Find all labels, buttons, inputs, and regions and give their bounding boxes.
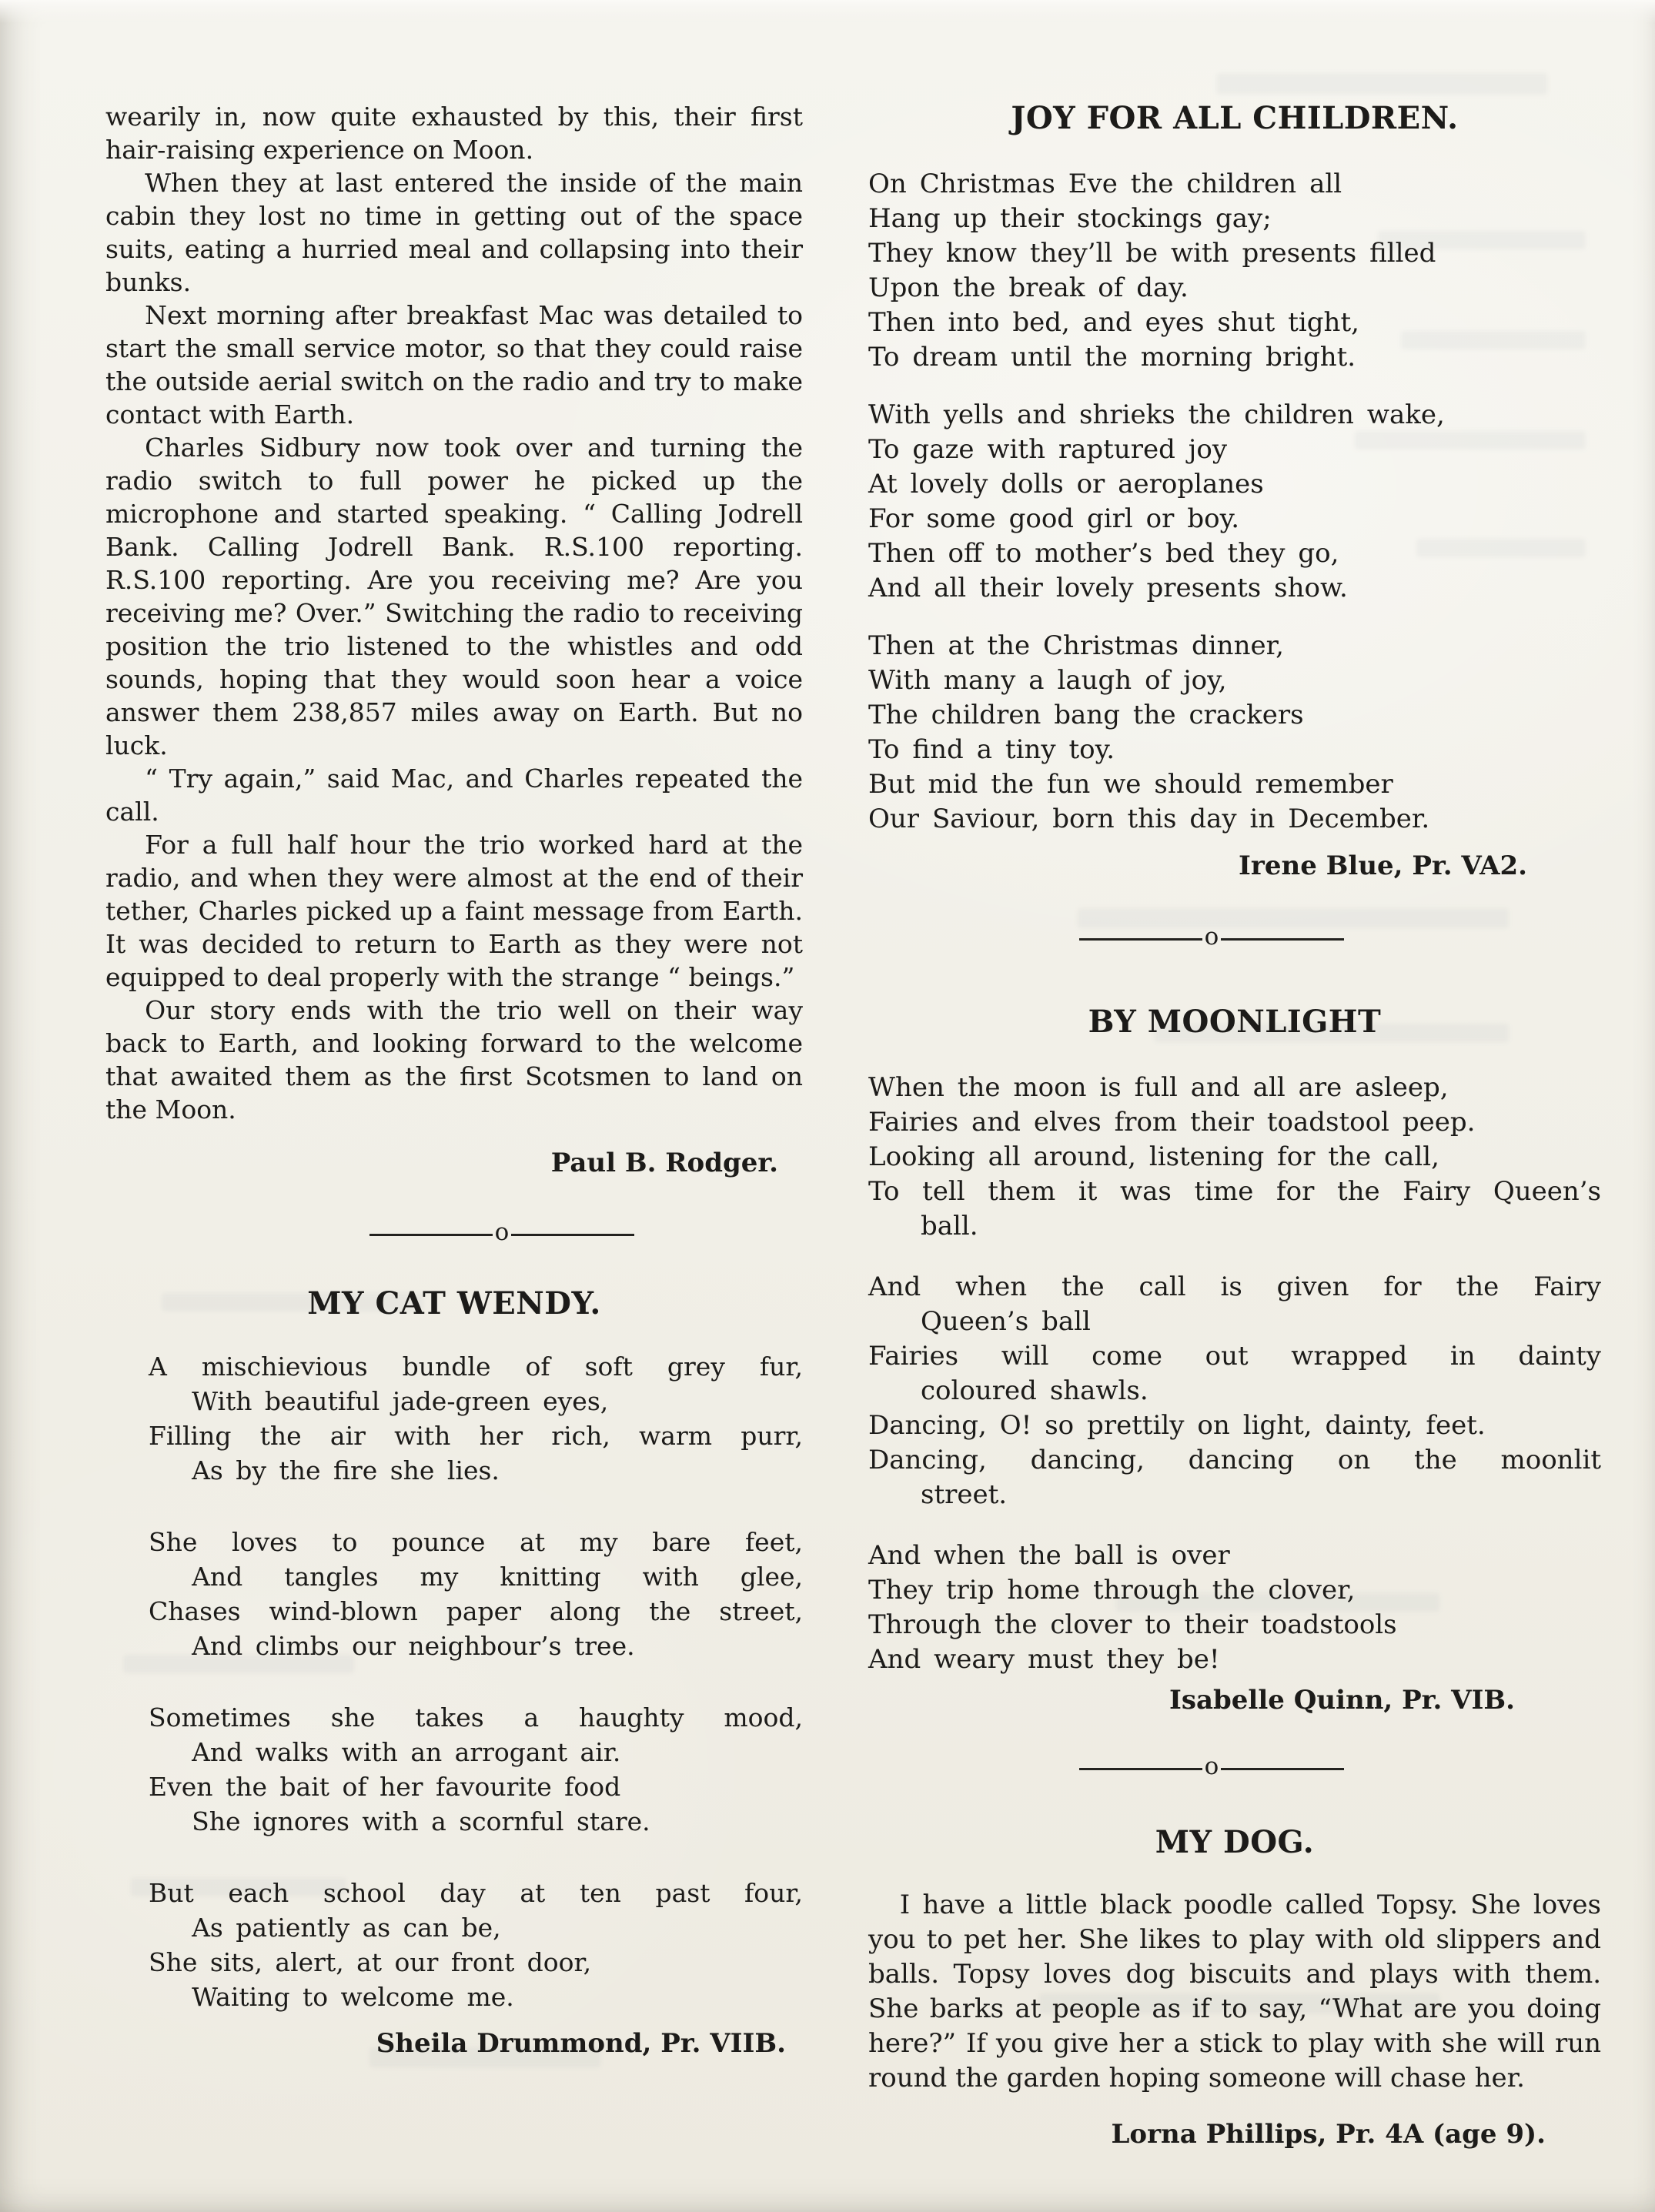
left-column: wearily in, now quite exhausted by this,… <box>105 100 803 2059</box>
poem-line: At lovely dolls or aeroplanes <box>868 467 1601 502</box>
poem-line: As patiently as can be, <box>149 1910 803 1945</box>
poem-line: Sometimes she takes a haughty mood, <box>149 1700 803 1735</box>
my-cat-wendy-stanzas: A mischievious bundle of soft grey fur,W… <box>105 1349 803 2014</box>
my-dog-byline: Lorna Phillips, Pr. 4A (age 9). <box>868 2119 1601 2150</box>
divider-line <box>511 1234 634 1236</box>
stanza: Then at the Christmas dinner,With many a… <box>868 629 1601 837</box>
poem-line: Fairies and elves from their toadstool p… <box>868 1105 1601 1140</box>
poem-line: With many a laugh of joy, <box>868 663 1601 698</box>
bleedthrough-artifact <box>1216 73 1547 95</box>
poem-line: Upon the break of day. <box>868 271 1601 306</box>
poem-line: coloured shawls. <box>868 1374 1601 1408</box>
poem-line: And weary must they be! <box>868 1642 1601 1677</box>
joy-for-all-children-byline: Irene Blue, Pr. VA2. <box>868 850 1601 881</box>
story-paragraph: “ Try again,” said Mac, and Charles repe… <box>105 762 803 828</box>
poem-line: She sits, alert, at our front door, <box>149 1945 803 1980</box>
poem-line: street. <box>868 1478 1601 1512</box>
poem-line: As by the fire she lies. <box>149 1453 803 1488</box>
poem-line: Queen’s ball <box>868 1305 1601 1339</box>
by-moonlight-title: BY MOONLIGHT <box>868 1004 1601 1040</box>
joy-for-all-children-title: JOY FOR ALL CHILDREN. <box>868 100 1601 136</box>
poem-line: ball. <box>868 1209 1601 1244</box>
poem-line: Then into bed, and eyes shut tight, <box>868 306 1601 340</box>
my-dog-section: MY DOG. I have a little black poodle cal… <box>868 1824 1601 2150</box>
by-moonlight-byline: Isabelle Quinn, Pr. VIB. <box>868 1685 1601 1716</box>
magazine-page: wearily in, now quite exhausted by this,… <box>0 0 1655 2212</box>
poem-line: Looking all around, listening for the ca… <box>868 1140 1601 1174</box>
divider-line <box>369 1234 493 1236</box>
divider-line <box>1079 1768 1202 1770</box>
joy-for-all-children-section: JOY FOR ALL CHILDREN. On Christmas Eve t… <box>868 100 1601 881</box>
poem-line: To dream until the morning bright. <box>868 340 1601 375</box>
stanza: She loves to pounce at my bare feet,And … <box>149 1525 803 1663</box>
poem-line: A mischievious bundle of soft grey fur, <box>149 1349 803 1384</box>
poem-line: To tell them it was time for the Fairy Q… <box>868 1174 1601 1209</box>
poem-line: Hang up their stockings gay; <box>868 202 1601 236</box>
moon-story-byline: Paul B. Rodger. <box>105 1148 803 1178</box>
story-paragraph: Next morning after breakfast Mac was det… <box>105 299 803 431</box>
divider-ornament: o <box>1202 1755 1222 1779</box>
poem-line: She ignores with a scornful stare. <box>149 1804 803 1839</box>
story-paragraph: For a full half hour the trio worked har… <box>105 828 803 994</box>
story-paragraph: When they at last entered the inside of … <box>105 166 803 299</box>
poem-line: Our Saviour, born this day in December. <box>868 802 1601 837</box>
poem-line: Then off to mother’s bed they go, <box>868 536 1601 571</box>
stanza: Sometimes she takes a haughty mood,And w… <box>149 1700 803 1839</box>
stanza: But each school day at ten past four,As … <box>149 1876 803 2014</box>
divider-line <box>1221 938 1344 941</box>
section-divider: o <box>845 927 1578 951</box>
poem-line: Chases wind-blown paper along the street… <box>149 1594 803 1629</box>
my-dog-text: I have a little black poodle called Tops… <box>868 1888 1601 2096</box>
my-dog-title: MY DOG. <box>868 1824 1601 1860</box>
moon-story-text: wearily in, now quite exhausted by this,… <box>105 100 803 1126</box>
poem-line: And walks with an arrogant air. <box>149 1735 803 1769</box>
story-paragraph: wearily in, now quite exhausted by this,… <box>105 100 803 166</box>
story-paragraph: Our story ends with the trio well on the… <box>105 994 803 1126</box>
poem-line: To gaze with raptured joy <box>868 433 1601 467</box>
section-divider: o <box>153 1223 851 1247</box>
poem-line: They know they’ll be with presents fille… <box>868 236 1601 271</box>
poem-line: Even the bait of her favourite food <box>149 1769 803 1804</box>
poem-line: Through the clover to their toadstools <box>868 1608 1601 1642</box>
stanza: When the moon is full and all are asleep… <box>868 1071 1601 1244</box>
poem-line: When the moon is full and all are asleep… <box>868 1071 1601 1105</box>
poem-line: With yells and shrieks the children wake… <box>868 398 1601 433</box>
poem-line: To find a tiny toy. <box>868 733 1601 767</box>
divider-ornament: o <box>493 1221 512 1245</box>
poem-line: The children bang the crackers <box>868 698 1601 733</box>
poem-line: She loves to pounce at my bare feet, <box>149 1525 803 1559</box>
poem-line: And when the call is given for the Fairy <box>868 1270 1601 1305</box>
poem-line: Then at the Christmas dinner, <box>868 629 1601 663</box>
poem-line: Dancing, dancing, dancing on the moonlit <box>868 1443 1601 1478</box>
story-paragraph: Charles Sidbury now took over and turnin… <box>105 431 803 762</box>
poem-line: For some good girl or boy. <box>868 502 1601 536</box>
section-divider: o <box>845 1757 1578 1781</box>
joy-for-all-children-stanzas: On Christmas Eve the children allHang up… <box>868 167 1601 837</box>
poem-line: But each school day at ten past four, <box>149 1876 803 1910</box>
my-cat-wendy-title: MY CAT WENDY. <box>105 1285 803 1322</box>
poem-line: On Christmas Eve the children all <box>868 167 1601 202</box>
stanza: And when the ball is overThey trip home … <box>868 1539 1601 1677</box>
poem-line: Fairies will come out wrapped in dainty <box>868 1339 1601 1374</box>
poem-line: And all their lovely presents show. <box>868 571 1601 606</box>
poem-line: And tangles my knitting with glee, <box>149 1559 803 1594</box>
story-paragraph: I have a little black poodle called Tops… <box>868 1888 1601 2096</box>
poem-line: They trip home through the clover, <box>868 1573 1601 1608</box>
divider-line <box>1221 1768 1344 1770</box>
right-column: JOY FOR ALL CHILDREN. On Christmas Eve t… <box>868 100 1601 2150</box>
poem-line: But mid the fun we should remember <box>868 767 1601 802</box>
my-cat-wendy-byline: Sheila Drummond, Pr. VIIB. <box>105 2028 803 2059</box>
divider-ornament: o <box>1202 925 1222 949</box>
poem-line: With beautiful jade-green eyes, <box>149 1384 803 1418</box>
stanza: On Christmas Eve the children allHang up… <box>868 167 1601 375</box>
by-moonlight-stanzas: When the moon is full and all are asleep… <box>868 1071 1601 1677</box>
poem-line: And climbs our neighbour’s tree. <box>149 1629 803 1663</box>
moon-story-section: wearily in, now quite exhausted by this,… <box>105 100 803 1178</box>
by-moonlight-section: BY MOONLIGHT When the moon is full and a… <box>868 1004 1601 1716</box>
poem-line: Dancing, O! so prettily on light, dainty… <box>868 1408 1601 1443</box>
stanza: A mischievious bundle of soft grey fur,W… <box>149 1349 803 1488</box>
poem-line: Waiting to welcome me. <box>149 1980 803 2014</box>
my-cat-wendy-section: MY CAT WENDY. A mischievious bundle of s… <box>105 1285 803 2059</box>
poem-line: Filling the air with her rich, warm purr… <box>149 1418 803 1453</box>
stanza: And when the call is given for the Fairy… <box>868 1270 1601 1512</box>
divider-line <box>1079 938 1202 941</box>
stanza: With yells and shrieks the children wake… <box>868 398 1601 606</box>
poem-line: And when the ball is over <box>868 1539 1601 1573</box>
